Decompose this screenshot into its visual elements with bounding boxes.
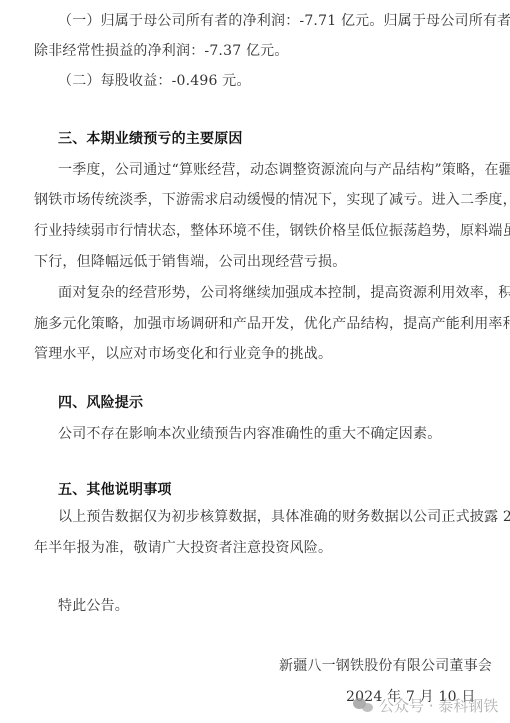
section5-para-line1: 以上预告数据仅为初步核算数据，具体准确的财务数据以公司正式披露 2024	[58, 508, 510, 526]
closing-text: 特此公告。	[58, 597, 129, 615]
item1-line1: （一）归属于母公司所有者的净利润：-7.71 亿元。归属于母公司所有者的扣	[58, 12, 510, 30]
section3-para2-line2: 施多元化策略，加强市场调研和产品开发，优化产品结构，提高产能利用率和经营	[34, 315, 510, 333]
section3-para1-line1: 一季度，公司通过“算账经营，动态调整资源流向与产品结构”策略，在疆内	[58, 161, 510, 179]
section5-heading: 五、其他说明事项	[58, 481, 172, 499]
item1-line2: 除非经常性损益的净利润：-7.37 亿元。	[34, 42, 289, 60]
section3-para1-line2: 钢铁市场传统淡季，下游需求启动缓慢的情况下，实现了减亏。进入二季度，钢铁	[34, 191, 510, 209]
wechat-icon	[353, 697, 375, 713]
section3-heading: 三、本期业绩预亏的主要原因	[58, 130, 243, 148]
section3-para1-line3: 行业持续弱市行情状态，整体环境不佳，钢铁价格呈低位振荡趋势，原料端虽联动	[34, 222, 510, 240]
watermark: 公众号 · 泰科钢铁	[353, 694, 498, 716]
section3-para2-line3: 管理水平，以应对市场变化和行业竞争的挑战。	[34, 345, 332, 363]
section5-para-line2: 年半年报为准，敬请广大投资者注意投资风险。	[34, 539, 332, 557]
watermark-text: 公众号 · 泰科钢铁	[379, 695, 498, 716]
section3-para1-line4: 下行，但降幅远低于销售端，公司出现经营亏损。	[34, 253, 346, 271]
section4-para: 公司不存在影响本次业绩预告内容准确性的重大不确定因素。	[58, 425, 441, 443]
item2: （二）每股收益：-0.496 元。	[58, 72, 251, 90]
signature-company: 新疆八一钢铁股份有限公司董事会	[279, 657, 492, 675]
section3-para2-line1: 面对复杂的经营形势，公司将继续加强成本控制，提高资源利用效率，积极实	[58, 284, 510, 302]
section4-heading: 四、风险提示	[58, 394, 143, 412]
